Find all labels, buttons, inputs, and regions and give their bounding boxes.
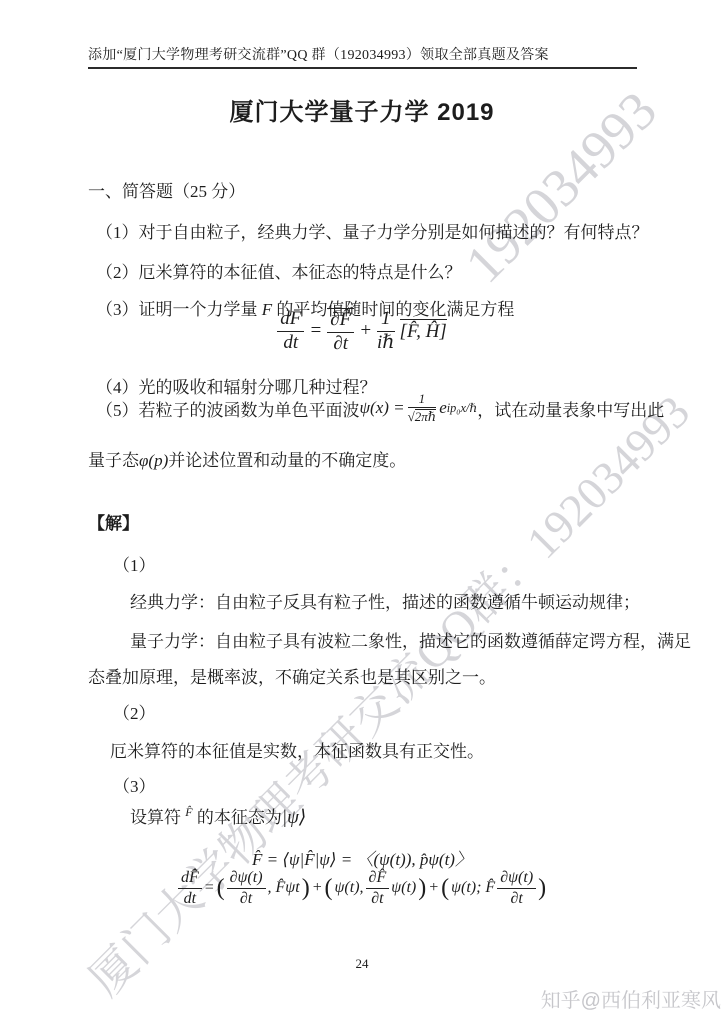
math-token: iℏ — [377, 332, 395, 354]
math-token: 1 — [408, 392, 437, 408]
math-token: ∂F̂ — [366, 869, 390, 889]
solution-part-1-line-1: 经典力学：自由粒子反具有粒子性，描述的函数遵循牛顿运动规律； — [130, 588, 640, 613]
math-token: ψ(t); F̂ — [451, 879, 495, 897]
page-title: 厦门大学量子力学 2019 — [0, 92, 724, 127]
fraction-dpsi-dt-2: ∂ψ(t) ∂t — [497, 869, 536, 907]
equals-sign: = — [204, 879, 215, 897]
math-token: dF̂̄ — [178, 869, 202, 889]
fraction-dF-dt: dF̄ dt — [277, 309, 304, 354]
math-token: , F̂ψt — [268, 879, 300, 897]
math-ket-psi: |ψ⟩ — [282, 807, 306, 828]
math-token: ψ(t) — [391, 879, 416, 897]
close-paren: ) — [302, 875, 310, 902]
solution-label: 【解】 — [88, 509, 139, 534]
solution-text: 的本征态为 — [193, 808, 282, 827]
diagonal-qq-watermark: 厦门大学物理考研交流QQ群：192034993 — [72, 378, 702, 1008]
zhihu-watermark: 知乎@西伯利亚寒风 — [541, 984, 721, 1013]
open-paren: ( — [441, 875, 449, 902]
fraction-dFhat-dt-partial: ∂F̂ ∂t — [366, 869, 390, 907]
equation-mean-value: dF̄ dt = ∂F̂ ∂t + 1 iℏ [F̂, Ĥ] — [0, 308, 724, 355]
question-5-text: ，试在动量表象中写出此 — [477, 396, 664, 421]
math-token: ∂ψ(t) — [497, 869, 536, 889]
math-token: dt — [277, 332, 304, 354]
close-paren: ) — [538, 875, 546, 902]
fraction-1-sqrt2pihbar: 1 √2πℏ — [408, 392, 437, 425]
fraction-dpsi-dt: ∂ψ(t) ∂t — [227, 869, 266, 907]
solution-part-2-line-1: 厄米算符的本征值是实数，本征函数具有正交性。 — [110, 737, 484, 762]
math-exponent: ip₀x/ℏ — [447, 401, 477, 416]
math-operator-Fhat: F̂ — [185, 805, 192, 819]
question-5-text: 并论述位置和动量的不确定度。 — [168, 451, 406, 470]
close-paren: ) — [418, 875, 426, 902]
solution-text: 设算符 — [130, 808, 185, 827]
question-1: （1）对于自由粒子，经典力学、量子力学分别是如何描述的？有何特点？ — [96, 218, 649, 243]
question-5: （5）若粒子的波函数为单色平面波 ψ(x) = 1 √2πℏ eip₀x/ℏ ，… — [96, 392, 664, 425]
math-token: ∂t — [327, 333, 354, 355]
open-paren: ( — [217, 875, 225, 902]
solution-part-1-number: （1） — [113, 551, 156, 576]
solution-part-3-line-1: 设算符 F̂ 的本征态为|ψ⟩ — [130, 803, 306, 829]
fraction-dFhat-dt: dF̂̄ dt — [178, 869, 202, 907]
solution-part-3-number: （3） — [113, 772, 156, 797]
math-token: ∂t — [366, 889, 390, 908]
equals-sign: = — [309, 320, 322, 342]
solution-part-1-line-2: 量子力学：自由粒子具有波粒二象性，描述它的函数遵循薛定谔方程，满足 — [130, 627, 691, 652]
header-note: 添加“厦门大学物理考研交流群”QQ 群（192034993）领取全部真题及答案 — [88, 44, 549, 64]
plus-sign: + — [359, 320, 372, 342]
radicand: 2πℏ — [415, 409, 436, 424]
equation-expectation-value: F̂ = ⟨ψ|F̂|ψ⟩ = 〈(ψ(t)), p̂ψ(t)〉 — [252, 845, 472, 870]
solution-part-2-number: （2） — [113, 699, 156, 724]
math-token: dt — [178, 889, 202, 908]
math-token: ∂t — [497, 889, 536, 908]
open-paren: ( — [324, 875, 332, 902]
radical-sign: √ — [408, 409, 415, 424]
header-rule — [88, 67, 637, 69]
fraction-dFhat-dt: ∂F̂ ∂t — [327, 310, 354, 355]
solution-part-1-line-3: 态叠加原理，是概率波，不确定关系也是其区别之一。 — [88, 663, 496, 688]
fraction-1-ihbar: 1 iℏ — [377, 309, 395, 354]
math-token: √2πℏ — [408, 408, 437, 424]
math-token: ∂t — [227, 889, 266, 908]
page-number: 24 — [0, 956, 724, 972]
question-5-continued: 量子态φ(p)并论述位置和动量的不确定度。 — [88, 446, 406, 471]
question-5-text: 量子态 — [88, 451, 139, 470]
commutator-term: [F̂, Ĥ] — [400, 319, 447, 343]
plus-sign: + — [312, 879, 323, 897]
math-psi-x: ψ(x) = — [360, 398, 405, 418]
math-token: ∂F̂ — [327, 310, 354, 333]
question-2: （2）厄米算符的本征值、本征态的特点是什么？ — [96, 258, 462, 283]
math-phi-p: φ(p) — [139, 451, 168, 470]
exam-document-page: 厦门大学物理考研交流QQ群：192034993 192034993 添加“厦门大… — [0, 0, 724, 1024]
plus-sign: + — [428, 879, 439, 897]
overline-term: ∂F̂ ∂t — [327, 308, 354, 355]
section-heading: 一、简答题（25 分） — [88, 177, 245, 202]
math-token: ∂ψ(t) — [227, 869, 266, 889]
equation-time-derivative-expansion: dF̂̄ dt = ( ∂ψ(t) ∂t , F̂ψt ) + ( ψ(t), … — [178, 869, 546, 907]
math-token: dF̄ — [277, 309, 304, 332]
math-token: ψ(t), — [334, 879, 363, 897]
math-e-base: e — [439, 398, 447, 418]
question-5-text: （5）若粒子的波函数为单色平面波 — [96, 396, 360, 421]
math-token: 1 — [377, 309, 395, 332]
